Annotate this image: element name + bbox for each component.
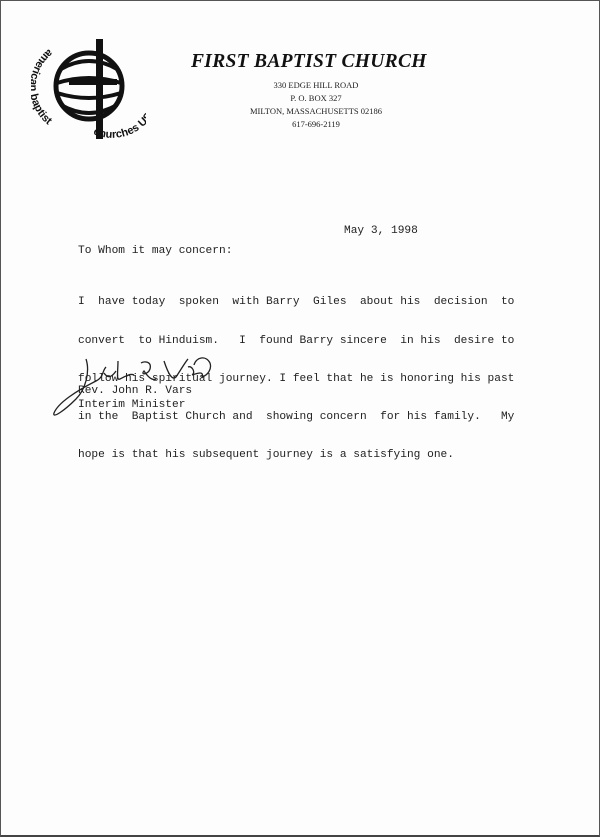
letter-page: american baptist churches USA FIRST BAPT… — [0, 0, 600, 837]
svg-text:american baptist: american baptist — [31, 47, 55, 128]
letter-date: May 3, 1998 — [344, 225, 418, 237]
american-baptist-churches-logo-icon: american baptist churches USA — [31, 31, 146, 141]
address-street: 330 EDGE HILL ROAD — [221, 79, 411, 92]
body-line: I have today spoken with Barry Giles abo… — [78, 296, 578, 309]
church-name: FIRST BAPTIST CHURCH — [191, 51, 427, 73]
body-line: hope is that his subsequent journey is a… — [78, 449, 578, 462]
address-phone: 617-696-2119 — [221, 118, 411, 131]
signer-name: Rev. John R. Vars — [78, 385, 192, 397]
address-city: MILTON, MASSACHUSETTS 02186 — [221, 105, 411, 118]
address-po-box: P. O. BOX 327 — [221, 92, 411, 105]
signer-title: Interim Minister — [78, 399, 185, 411]
body-line: convert to Hinduism. I found Barry since… — [78, 335, 578, 348]
church-address: 330 EDGE HILL ROAD P. O. BOX 327 MILTON,… — [221, 79, 411, 131]
salutation: To Whom it may concern: — [78, 245, 232, 257]
